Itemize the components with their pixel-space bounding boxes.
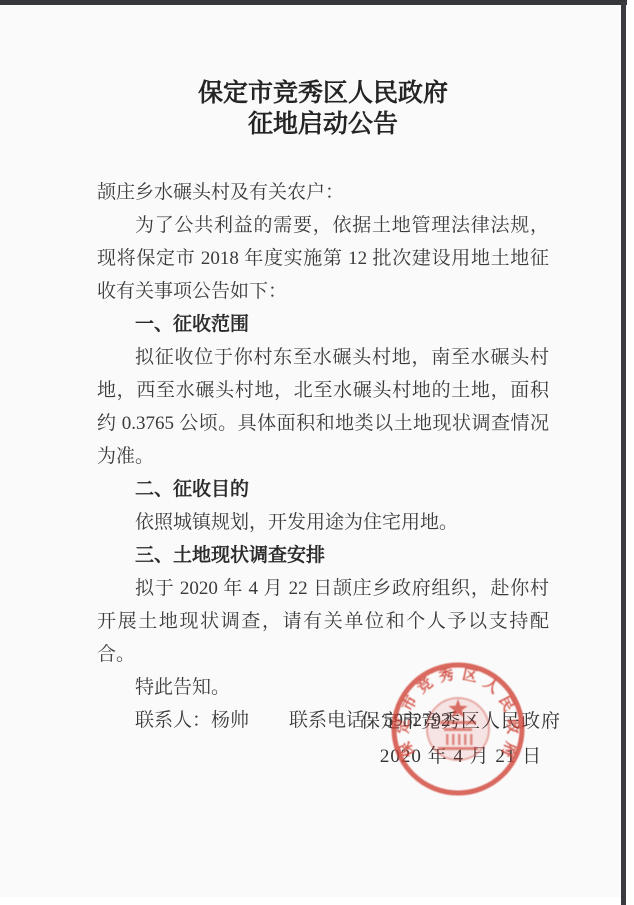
contact-person: 联系人：杨帅 [135, 704, 249, 737]
signature-issuer: 保定市竞秀区人民政府 [361, 704, 561, 739]
paragraph-notice-close: 特此告知。 [97, 671, 549, 704]
signature-block: 保定市竞秀区人民政府 2020 年 4 月 21 日 [361, 704, 561, 774]
title-line-1: 保定市竞秀区人民政府 [97, 78, 549, 109]
signature-date: 2020 年 4 月 21 日 [361, 739, 561, 774]
salutation: 颉庄乡水碾头村及有关农户： [97, 176, 549, 209]
paragraph-purpose: 依照城镇规划，开发用途为住宅用地。 [97, 506, 549, 539]
section-heading-3: 三、土地现状调查安排 [97, 539, 549, 572]
paragraph-intro: 为了公共利益的需要，依据土地管理法律法规，现将保定市 2018 年度实施第 12… [97, 209, 549, 308]
title-line-2: 征地启动公告 [97, 109, 549, 140]
scan-edge-right [621, 2, 626, 905]
section-heading-1: 一、征收范围 [97, 308, 549, 341]
section-heading-2: 二、征收目的 [97, 473, 549, 506]
scan-edge-top [0, 0, 627, 5]
document-body: 保定市竞秀区人民政府 征地启动公告 颉庄乡水碾头村及有关农户： 为了公共利益的需… [97, 78, 549, 737]
paragraph-scope: 拟征收位于你村东至水碾头村地，南至水碾头村地，西至水碾头村地，北至水碾头村地的土… [97, 341, 549, 473]
document-title: 保定市竞秀区人民政府 征地启动公告 [97, 78, 549, 140]
paragraph-survey: 拟于 2020 年 4 月 22 日颉庄乡政府组织，赴你村开展土地现状调查，请有… [97, 572, 549, 671]
